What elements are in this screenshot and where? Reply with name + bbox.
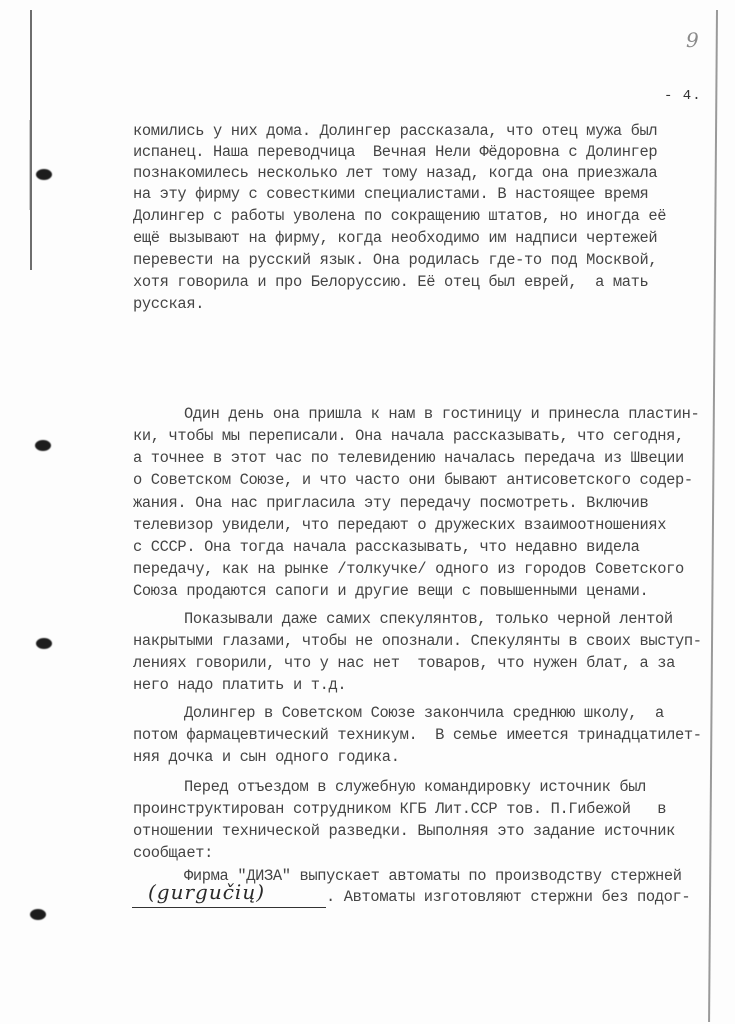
text-line: Показывали даже самих спекулянтов, тольк… xyxy=(184,609,673,630)
text-line: накрытыми глазами, чтобы не опознали. Сп… xyxy=(133,631,702,652)
text-line: лениях говорили, что у нас нет товаров, … xyxy=(133,653,675,674)
handwritten-page-number: 9 xyxy=(686,28,699,52)
text-line: о Советском Союзе, и что часто они бываю… xyxy=(133,470,693,491)
text-line: комились у них дома. Долингер рассказала… xyxy=(133,121,657,142)
left-margin-rule xyxy=(30,10,32,270)
text-line: на эту фирму с совесткими специалистами.… xyxy=(133,184,648,205)
text-line: а точнее в этот час по телевидению начал… xyxy=(133,448,684,469)
text-line: отношении технической разведки. Выполняя… xyxy=(133,821,675,842)
text-line: потом фармацевтический техникум. В семье… xyxy=(133,725,702,746)
text-line: проинструктирован сотрудником КГБ Лит.СС… xyxy=(133,799,666,820)
text-line: . Автоматы изготовляют стержни без подог… xyxy=(326,887,690,908)
text-line: испанец. Наша переводчица Вечная Нели Фё… xyxy=(133,142,657,163)
punch-hole-mark xyxy=(36,638,52,649)
text-line: жания. Она нас пригласила эту передачу п… xyxy=(133,493,648,514)
left-margin-rule-faint xyxy=(29,120,30,210)
text-line: Долингер в Советском Союзе закончила сре… xyxy=(184,703,664,724)
text-line: хотя говорила и про Белоруссию. Её отец … xyxy=(133,272,648,293)
text-line: телевизор увидели, что передают о дружес… xyxy=(133,515,666,536)
text-line: познакомилесь несколько лет тому назад, … xyxy=(133,163,657,184)
text-line: Перед отъездом в служебную командировку … xyxy=(184,777,646,798)
typed-page-number: - 4. xyxy=(664,88,702,104)
text-line: с СССР. Она тогда начала рассказывать, ч… xyxy=(133,537,640,558)
punch-hole-mark xyxy=(36,169,52,180)
text-line: ещё вызывают на фирму, когда необходимо … xyxy=(133,228,657,249)
text-line: Союза продаются сапоги и другие вещи с п… xyxy=(133,581,648,602)
text-line: няя дочка и сын одного годика. xyxy=(133,747,400,768)
document-page: 9 - 4. комились у них дома. Долингер рас… xyxy=(0,0,735,1024)
text-line: ки, чтобы мы переписали. Она начала расс… xyxy=(133,426,684,447)
text-line: Один день она пришла к нам в гостиницу и… xyxy=(184,404,699,425)
text-line: перевести на русский язык. Она родилась … xyxy=(133,250,657,271)
punch-hole-mark xyxy=(30,909,46,920)
text-line: Долингер с работы уволена по сокращению … xyxy=(133,206,666,227)
text-line: сообщает: xyxy=(133,843,213,864)
handwritten-insert: (gurgučių) xyxy=(148,880,265,904)
punch-hole-mark xyxy=(35,440,51,451)
text-line: него надо платить и т.д. xyxy=(133,675,346,696)
right-edge-rule xyxy=(708,10,718,1022)
text-line: русская. xyxy=(133,294,204,315)
text-line: передачу, как на рынке /толкучке/ одного… xyxy=(133,559,684,580)
